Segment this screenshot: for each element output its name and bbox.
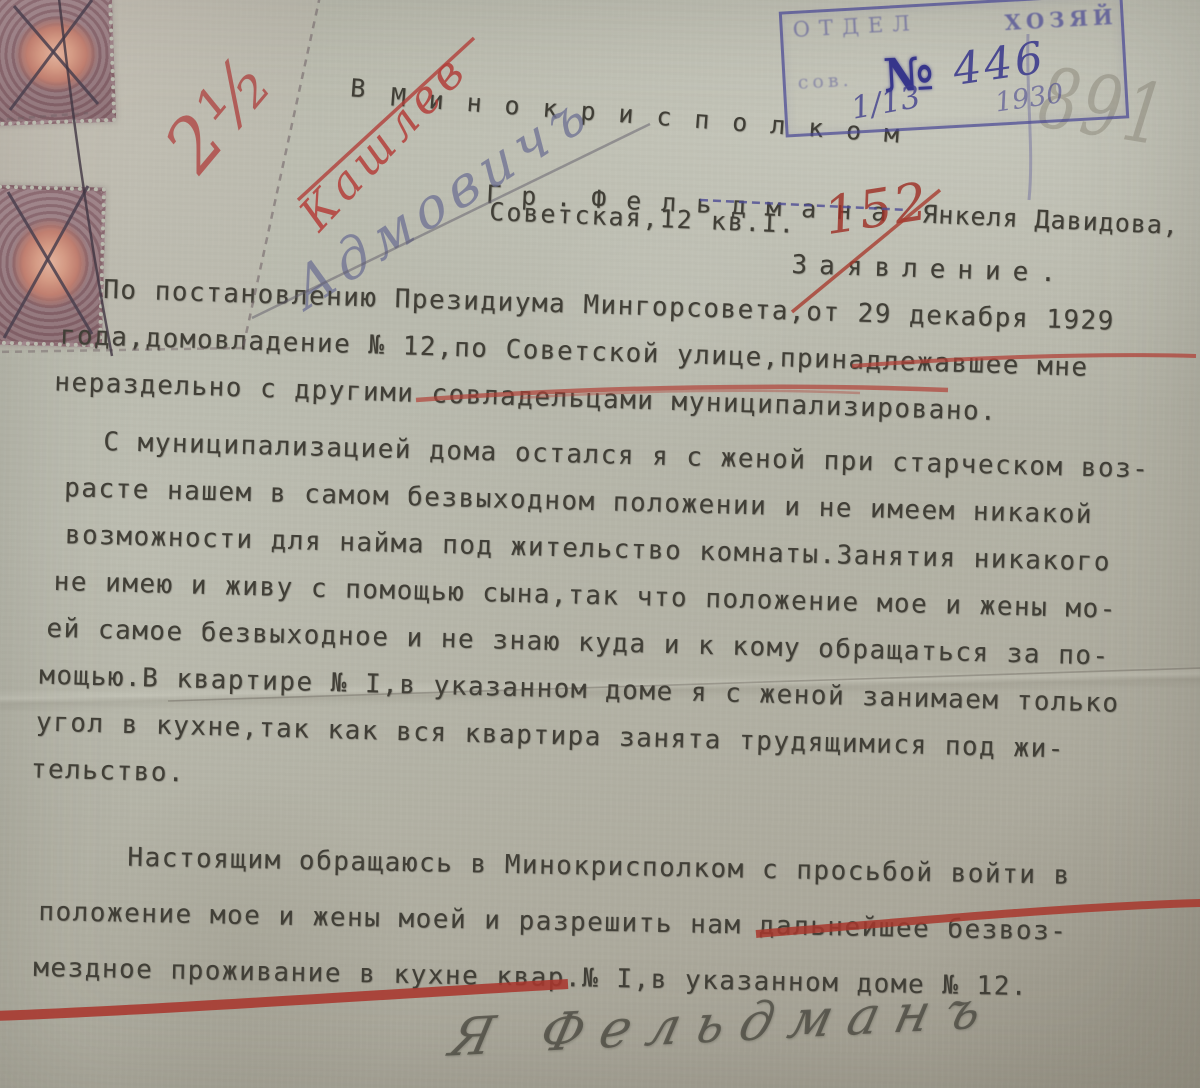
stamp-box-word-left: ОТДЕЛ	[792, 11, 919, 42]
document-page: ВМинокрисполком Гр.Фельдмана Янкеля Дави…	[0, 0, 1200, 1088]
recipient-prefix: В	[349, 73, 366, 103]
paragraph-1: По постановлению Президиума Мингорсовета…	[70, 266, 1116, 440]
stamp-box-word-small: сов.	[797, 69, 853, 94]
registration-stamp-box: ОТДЕЛ ХОЗЯЙ сов. № 446 1/13 1930	[779, 0, 1129, 138]
addressee-name-rest: Янкеля Давидова,	[906, 199, 1180, 240]
revenue-stamp	[0, 0, 116, 126]
stamp-box-date: 1/13	[848, 79, 923, 127]
paragraph-2: С муниципализацией дома остался я с жено…	[50, 418, 1150, 822]
paragraph-3: Настоящим обращаюсь в Минокрисполком с п…	[37, 828, 1071, 1016]
stamp-box-word-right: ХОЗЯЙ	[1004, 4, 1118, 35]
